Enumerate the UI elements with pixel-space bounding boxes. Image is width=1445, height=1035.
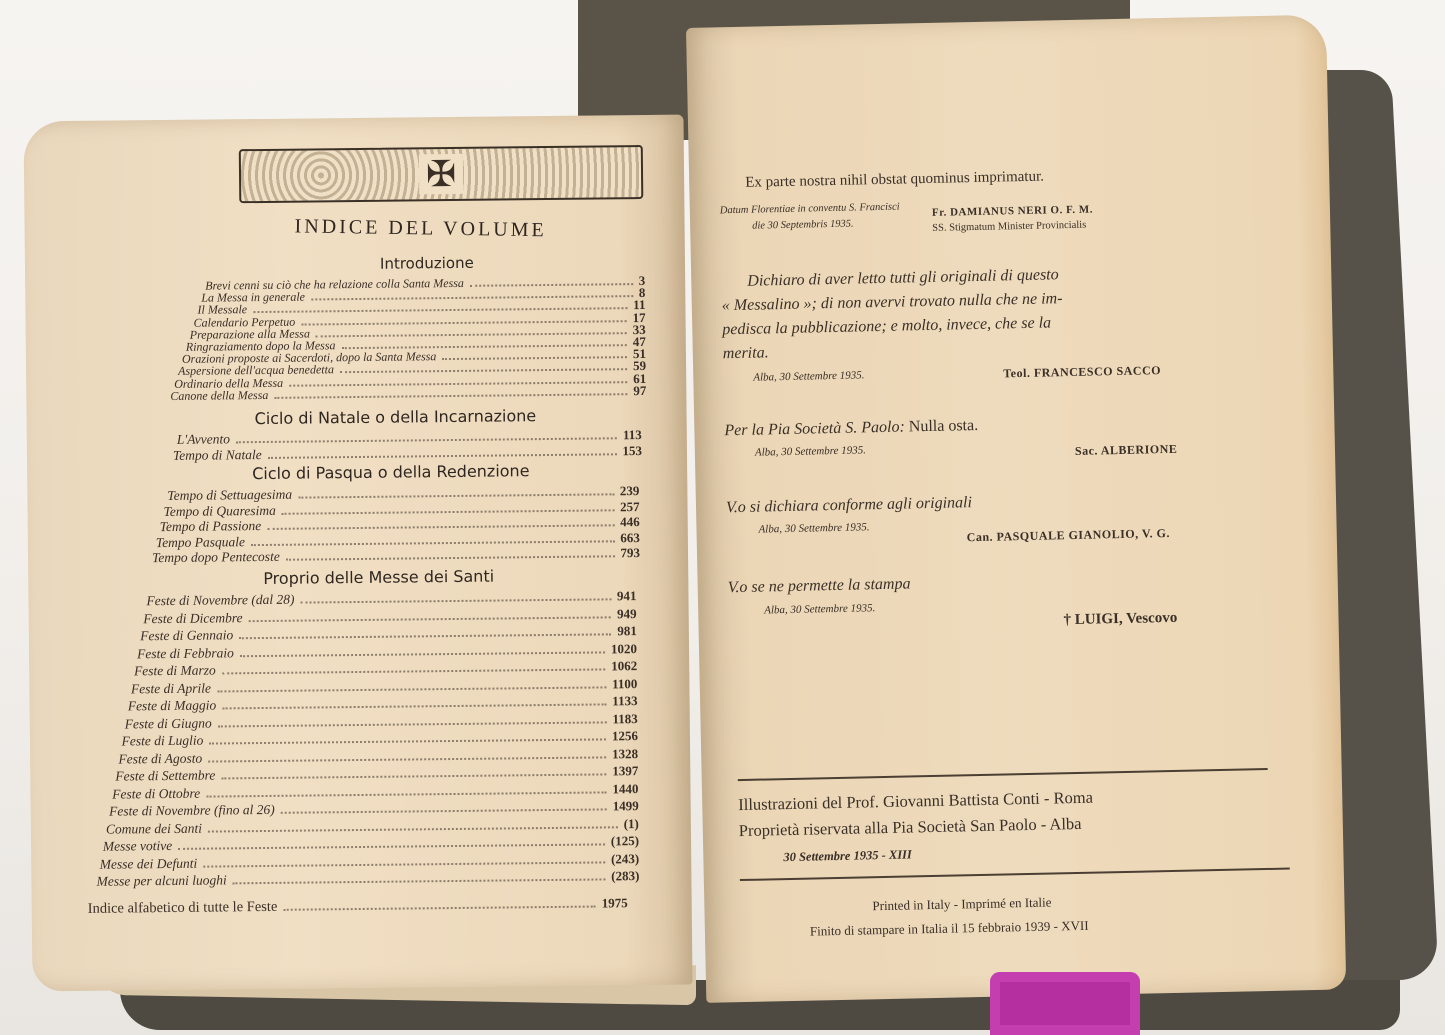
divider: [738, 768, 1268, 781]
purple-bookmark-clip: [990, 972, 1140, 1035]
toc-entry-label: Messe per alcuni luoghi: [97, 872, 227, 889]
toc-entry-page: 663: [620, 530, 640, 546]
leader-dots: [206, 791, 606, 797]
finito-di-stampare: Finito di stampare in Italia il 15 febbr…: [810, 918, 1089, 940]
toc-entry-label: Feste di Febbraio: [137, 645, 234, 662]
toc-entry-label: Tempo dopo Pentecoste: [152, 549, 280, 566]
toc-entry-label: Tempo di Passione: [160, 518, 262, 535]
divider: [740, 868, 1290, 881]
toc-entry-label: Canone della Messa: [170, 388, 268, 404]
toc-entry-label: Feste di Ottobre: [112, 785, 200, 802]
toc-entry-label: Feste di Agosto: [118, 750, 202, 767]
toc-entry-label: Feste di Marzo: [134, 662, 216, 679]
leader-dots: [218, 721, 607, 727]
leader-dots: [281, 808, 607, 813]
nulla-osta-line: Per la Pia Società S. Paolo: Nulla osta.: [724, 417, 978, 440]
nulla-osta-signer: Sac. ALBERIONE: [1075, 442, 1178, 459]
leader-dots: [233, 878, 606, 884]
credits-property: Proprietà riservata alla Pia Società San…: [739, 814, 1082, 841]
printed-in-italy: Printed in Italy - Imprimé en Italie: [872, 895, 1051, 915]
toc-entry-label: Tempo Pasquale: [156, 534, 245, 551]
declaration-signer: Teol. FRANCESCO SACCO: [1003, 363, 1161, 381]
leader-dots: [221, 773, 606, 779]
toc-entry-page: 1256: [612, 728, 638, 744]
toc-entry-page: 981: [617, 623, 637, 639]
leader-dots: [249, 616, 612, 622]
toc-entry-page: 1020: [611, 641, 637, 657]
toc-entry-page: 1328: [612, 746, 638, 762]
leader-dots: [274, 393, 627, 399]
toc-entry-label: L'Avvento: [177, 431, 230, 448]
nihil-obstat-text: Ex parte nostra nihil obstat quominus im…: [745, 169, 1044, 192]
section-heading: Proprio delle Messe dei Santi: [263, 567, 494, 588]
nulla-osta-date: Alba, 30 Settembre 1935.: [755, 444, 866, 458]
leader-dots: [208, 756, 606, 762]
nihil-obstat-date: die 30 Septembris 1935.: [752, 219, 854, 232]
leader-dots: [251, 540, 614, 546]
leader-dots: [203, 861, 605, 867]
leader-dots: [239, 633, 611, 639]
declaration-date: Alba, 30 Settembre 1935.: [753, 369, 864, 383]
toc-entry-label: Feste di Novembre (dal 28): [146, 592, 294, 610]
conforme-text: V.o si dichiara conforme agli originali: [726, 494, 972, 517]
leader-dots: [236, 437, 617, 443]
leader-dots: [178, 843, 605, 849]
leader-dots: [267, 524, 614, 530]
toc-entry-label: Messe votive: [103, 838, 173, 855]
leader-dots: [209, 738, 606, 744]
photo-scene: ✠ INDICE DEL VOLUME Introduzione Ciclo d…: [0, 0, 1445, 1035]
permesso-date: Alba, 30 Settembre 1935.: [764, 602, 875, 616]
permesso-signer: † LUIGI, Vescovo: [1063, 610, 1177, 629]
leader-dots: [268, 453, 617, 459]
toc-entry-page: (283): [611, 868, 639, 884]
declaration-line: « Messalino »; di non avervi trovato nul…: [722, 290, 1063, 315]
toc-entry-label: Indice alfabetico di tutte le Feste: [88, 899, 278, 918]
nulla-osta-society: Per la Pia Società S. Paolo:: [724, 419, 905, 440]
index-title: INDICE DEL VOLUME: [294, 215, 546, 242]
toc-entry-page: 1440: [612, 781, 638, 797]
toc-entry-page: 1062: [611, 658, 637, 674]
leader-dots: [283, 906, 595, 911]
toc-entry-page: 1499: [613, 798, 639, 814]
declaration-line: pedisca la pubblicazione; e molto, invec…: [722, 314, 1051, 339]
declaration-line: Dichiaro di aver letto tutti gli origina…: [747, 266, 1059, 291]
credits-date: 30 Settembre 1935 - XIII: [783, 847, 912, 865]
toc-entry-label: Feste di Maggio: [128, 697, 217, 714]
leader-dots: [240, 651, 605, 657]
toc-entry-label: Tempo di Natale: [173, 447, 262, 464]
toc-entry-final: Indice alfabetico di tutte le Feste1975: [88, 895, 628, 918]
toc-entry-page: 97: [633, 383, 646, 399]
toc-entry-page: 949: [617, 606, 637, 622]
permesso-text: V.o se ne permette la stampa: [728, 575, 911, 597]
toc-entry-page: (1): [624, 816, 639, 832]
toc-entry-page: 446: [620, 514, 640, 530]
toc-entry-page: 257: [620, 499, 640, 515]
nulla-osta-text: Nulla osta.: [909, 417, 979, 435]
leader-dots: [300, 598, 611, 603]
toc-entry-page: (243): [611, 851, 639, 867]
toc-entry-label: Comune dei Santi: [106, 820, 202, 837]
leader-dots: [298, 493, 614, 498]
toc-entry-page: 1133: [612, 693, 637, 709]
ornamental-header-band: ✠: [239, 145, 644, 203]
section-heading: Introduzione: [380, 254, 474, 273]
conforme-date: Alba, 30 Settembre 1935.: [758, 521, 869, 535]
leader-dots: [217, 686, 606, 692]
toc-entry-label: Feste di Novembre (fino al 26): [109, 802, 275, 820]
leader-dots: [208, 826, 618, 832]
credits-illustrations: Illustrazioni del Prof. Giovanni Battist…: [738, 788, 1093, 815]
declaration-line: merita.: [723, 344, 769, 363]
leader-dots: [286, 555, 615, 560]
toc-entry-label: Feste di Giugno: [125, 715, 212, 732]
toc-entry-page: 1975: [602, 895, 628, 911]
right-page-imprimatur: Ex parte nostra nihil obstat quominus im…: [686, 15, 1346, 1003]
leader-dots: [222, 668, 605, 674]
leader-dots: [282, 509, 614, 514]
nihil-obstat-signer: Fr. DAMIANUS NERI O. F. M.: [932, 204, 1093, 219]
toc-entry-page: (125): [611, 833, 639, 849]
toc-entry-page: 113: [623, 427, 642, 443]
toc-entry-label: Messe dei Defunti: [100, 855, 198, 872]
nihil-obstat-signer-title: SS. Stigmatum Minister Provincialis: [932, 220, 1086, 234]
nihil-obstat-place: Datum Florentiae in conventu S. Francisc…: [720, 202, 900, 217]
toc-entry-label: Tempo di Quaresima: [163, 502, 275, 519]
toc-entry-label: Feste di Dicembre: [143, 610, 242, 627]
toc-entry-page: 1397: [612, 763, 638, 779]
toc-entry-page: 941: [617, 588, 637, 604]
toc-entry-page: 793: [620, 545, 640, 561]
conforme-signer: Can. PASQUALE GIANOLIO, V. G.: [967, 526, 1170, 545]
toc-entry-label: Feste di Settembre: [115, 768, 215, 785]
toc-entry-page: 239: [620, 483, 640, 499]
section-heading: Ciclo di Pasqua o della Redenzione: [252, 461, 530, 483]
left-page-index: ✠ INDICE DEL VOLUME Introduzione Ciclo d…: [23, 115, 692, 992]
toc-entry-page: 1100: [612, 676, 637, 692]
leader-dots: [222, 703, 606, 709]
toc-entry-label: Feste di Aprile: [131, 680, 211, 697]
toc-entry-page: 1183: [612, 711, 637, 727]
cross-icon: ✠: [419, 154, 463, 194]
toc-entry-page: 153: [622, 443, 642, 459]
section-heading: Ciclo di Natale o della Incarnazione: [254, 406, 536, 428]
toc-entry-label: Feste di Gennaio: [140, 627, 233, 644]
toc-entry-label: Feste di Luglio: [121, 733, 203, 750]
